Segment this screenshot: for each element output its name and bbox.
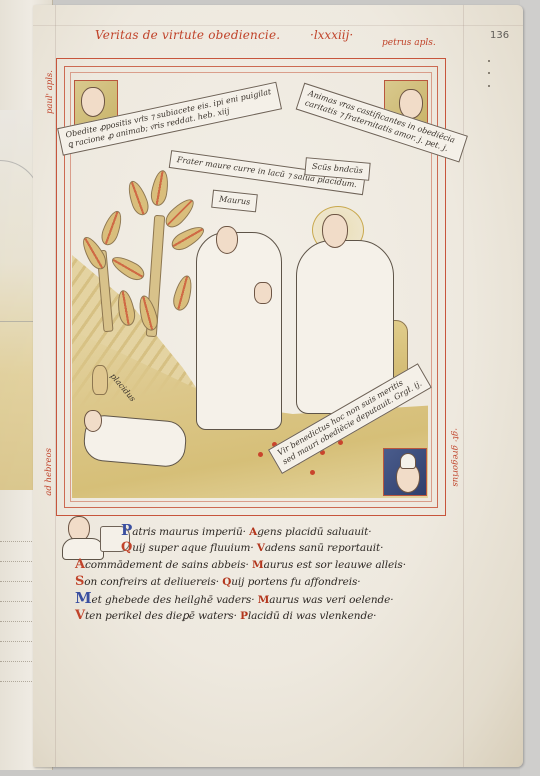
initial-letter: P [121, 521, 132, 539]
capital-letter: V [257, 542, 265, 554]
initial-letter: Q [121, 540, 132, 555]
jug [92, 365, 108, 395]
ruling-line [463, 5, 464, 767]
margin-label-gregorius: ·gt· gregorius [450, 428, 460, 487]
pricking-dot [488, 72, 490, 74]
capital-letter: M [258, 594, 270, 606]
verse-line: Vten perikel des dieꝑē waters· Placidū d… [75, 607, 425, 624]
paul-face [81, 87, 105, 117]
papal-tiara [400, 453, 416, 469]
verse-line: Quij super aque fluuium· Vadens sanū rep… [95, 539, 425, 556]
verse-line: Met ghebede des heilghē vaders· Maurus w… [75, 590, 425, 607]
maurus-face [216, 226, 238, 254]
capital-letter: P [240, 610, 248, 622]
capital-letter: A [249, 526, 257, 538]
verse-text: commādement de sains abbeis· [85, 559, 249, 571]
initial-letter: A [75, 557, 85, 572]
verse-text: atris maurus imperiū· [132, 526, 246, 538]
verse-text: aurus est sor leauwe alleis· [264, 559, 406, 571]
maurus-hands [254, 282, 272, 304]
ruling-line [33, 25, 523, 26]
running-title: Veritas de virtute obediencie. [95, 28, 280, 42]
benedictus-face [322, 214, 348, 248]
flower [310, 470, 315, 475]
verse-text: lacidū di was vlenkende· [248, 610, 377, 622]
verse-text: on confreirs at deliuereis· [84, 576, 219, 588]
margin-label-petrus: petrus apls. [382, 38, 436, 48]
verse-text: et ghebede des heilghē vaders· [92, 594, 255, 606]
verse-text: uij portens fu affondreis· [231, 576, 360, 588]
margin-label-paulus: paul' apls. [45, 70, 55, 114]
verse-text: gens placidū saluauit· [257, 526, 371, 538]
verse-text: aurus was veri oelende· [269, 594, 393, 606]
verse-text: ten perikel des dieꝑē waters· [85, 610, 237, 622]
verse-text-block: Patris maurus imperiū· Agens placidū sal… [95, 522, 425, 624]
maurus-robe [196, 232, 282, 430]
placidus-face [84, 410, 102, 432]
scroll-text: Scūs bndcūs [312, 162, 363, 175]
capital-letter: Q [222, 576, 231, 588]
pope-gregory-portrait [383, 448, 427, 496]
chapter-number: ·lxxxiij· [310, 28, 353, 42]
verse-text: adens sanū reportauit· [265, 542, 383, 554]
initial-letter: V [75, 608, 85, 623]
background-right [520, 0, 540, 776]
margin-label-hebreos: ad hebreos [44, 448, 54, 496]
verse-text: uij super aque fluuium· [132, 542, 253, 554]
pricking-dot [488, 60, 490, 62]
verse-line: Patris maurus imperiū· Agens placidū sal… [95, 522, 425, 539]
pricking-dot [488, 85, 490, 87]
initial-letter: S [75, 574, 84, 589]
scroll-text: Maurus [219, 194, 251, 206]
verse-line: Son confreirs at deliuereis· Quij porten… [75, 573, 425, 590]
verse-line: Acommādement de sains abbeis· Maurus est… [75, 556, 425, 573]
capital-letter: M [252, 559, 264, 571]
flower [258, 452, 263, 457]
folio-number: 136 [490, 30, 509, 41]
initial-letter: M [75, 589, 92, 607]
